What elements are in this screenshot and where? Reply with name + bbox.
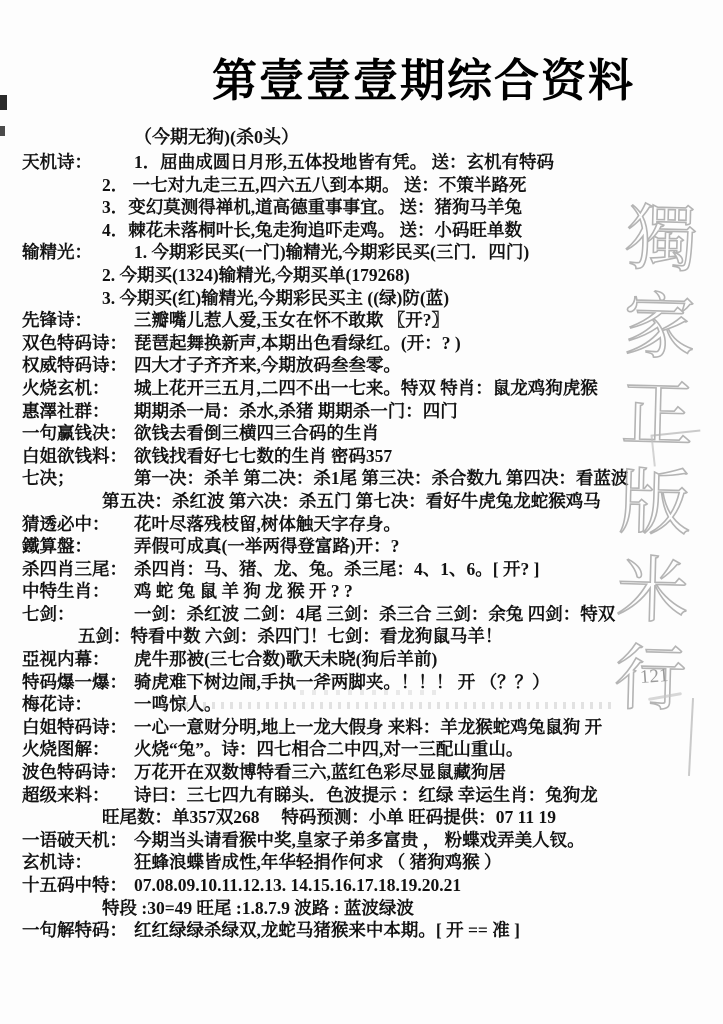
row-text: 红红绿绿杀绿双,龙蛇马猪猴来中本期。[ 开 == 准 ] <box>134 919 715 942</box>
doc-row: 3．变幻莫测得禅机,道高德重事事宜。 送：猪狗马羊兔 <box>22 196 715 219</box>
doc-row: 3. 今期买(红)输精光,今期彩民买主 ((绿)防(蓝) <box>22 287 715 310</box>
row-label: 惠澤社群： <box>22 400 134 423</box>
doc-row: 第五决：杀红波 第六决：杀五门 第七决：看好牛虎兔龙蛇猴鸡马 <box>22 490 715 513</box>
doc-row: 双色特码诗：琵琶起舞换新声,本期出色看绿红。(开：? ) <box>22 332 715 355</box>
scan-smudge <box>300 690 440 695</box>
row-text: 4．棘花未落桐叶长,兔走狗追吓走鸡。 送：小码旺单数 <box>102 219 715 242</box>
doc-row: 惠澤社群：期期杀一局：杀水,杀猪 期期杀一门：四门 <box>22 400 715 423</box>
doc-row: 先锋诗：三瓣嘴儿惹人爱,玉女在怀不敢欺 〖开?〗 <box>22 309 715 332</box>
row-label: 波色特码诗： <box>22 761 134 784</box>
row-label: 猜透必中： <box>22 513 134 536</box>
row-text: 火烧“兔”。诗：四七相合二中四,对一三配山重山。 <box>134 738 715 761</box>
row-text: 特段 :30=49 旺尾 :1.8.7.9 波路 : 蓝波绿波 <box>102 897 715 920</box>
row-label: 一句解特码： <box>22 919 134 942</box>
doc-row: 亞视内幕：虎牛那被(三七合数)歌天未晓(狗后羊前) <box>22 648 715 671</box>
row-text: 3. 今期买(红)输精光,今期彩民买主 ((绿)防(蓝) <box>102 287 715 310</box>
row-label: 玄机诗： <box>22 851 134 874</box>
row-text: 1. 今期彩民买(一门)输精光,今期彩民买(三门．四门) <box>134 241 715 264</box>
doc-row: 七剑：一剑：杀红波 二剑：4尾 三剑：杀三合 三剑：余兔 四剑：特双 <box>22 603 715 626</box>
doc-row: 十五码中特：07.08.09.10.11.12.13. 14.15.16.17.… <box>22 874 715 897</box>
row-text: 琵琶起舞换新声,本期出色看绿红。(开：? ) <box>134 332 715 355</box>
row-label: 七决； <box>22 467 134 490</box>
row-text: 一心一意财分明,地上一龙大假身 来料：羊龙猴蛇鸡兔鼠狗 开 <box>134 716 715 739</box>
doc-row: 2. 今期买(1324)输精光,今期买单(179268) <box>22 264 715 287</box>
doc-row: 七决；第一决：杀羊 第二决：杀1尾 第三决：杀合数九 第四决：看蓝波 <box>22 467 715 490</box>
row-label: 十五码中特： <box>22 874 134 897</box>
doc-row: 火烧图解：火烧“兔”。诗：四七相合二中四,对一三配山重山。 <box>22 738 715 761</box>
row-label: 先锋诗： <box>22 309 134 332</box>
row-text: 花叶尽落残枝留,树体触天字存身。 <box>134 513 715 536</box>
row-text: 鸡 蛇 兔 鼠 羊 狗 龙 猴 开 ? ? <box>134 580 715 603</box>
doc-row: 超级来料：诗曰：三七四九有睇头．色波提示 ：红绿 幸运生肖：兔狗龙 <box>22 784 715 807</box>
scan-artifact <box>0 126 5 136</box>
row-label: 梅花诗： <box>22 693 134 716</box>
doc-row: 波色特码诗：万花开在双数博特看三六,蓝红色彩尽显鼠藏狗居 <box>22 761 715 784</box>
row-label: 超级来料： <box>22 784 134 807</box>
row-label: 特码爆一爆： <box>22 671 134 694</box>
row-label: 中特生肖： <box>22 580 134 603</box>
doc-row: 4．棘花未落桐叶长,兔走狗追吓走鸡。 送：小码旺单数 <box>22 219 715 242</box>
row-text: 五剑：特看中数 六剑：杀四门！七剑：看龙狗鼠马羊！ <box>78 625 715 648</box>
row-text: 期期杀一局：杀水,杀猪 期期杀一门：四门 <box>134 400 715 423</box>
doc-row: 杀四肖三尾：杀四肖：马、猪、龙、兔。杀三尾：4、1、6。[ 开? ] <box>22 558 715 581</box>
document-page: 第壹壹壹期综合资料 （今期无狗)(杀0头） 天机诗：1．屈曲成圆日月形,五体投地… <box>0 0 723 1024</box>
doc-row: 旺尾数：单357双268 特码预测：小单 旺码提供：07 11 19 <box>22 806 715 829</box>
row-label: 火烧玄机： <box>22 377 134 400</box>
doc-row: 鐵算盤：弄假可成真(一举两得登富路)开：? <box>22 535 715 558</box>
doc-row: 一句解特码：红红绿绿杀绿双,龙蛇马猪猴来中本期。[ 开 == 准 ] <box>22 919 715 942</box>
doc-row: 白姐欲钱料：欲钱找看好七七数的生肖 密码357 <box>22 445 715 468</box>
scan-artifact <box>0 95 7 110</box>
pen-mark <box>650 429 703 466</box>
row-label: 一语破天机： <box>22 829 134 852</box>
doc-row: 火烧玄机：城上花开三五月,二四不出一七来。特双 特肖：鼠龙鸡狗虎猴 <box>22 377 715 400</box>
row-text: 1．屈曲成圆日月形,五体投地皆有凭。 送：玄机有特码 <box>134 151 715 174</box>
row-text: 欲钱去看倒三横四三合码的生肖 <box>134 422 715 445</box>
doc-row: 输精光：1. 今期彩民买(一门)输精光,今期彩民买(三门．四门) <box>22 241 715 264</box>
row-text: 狂蜂浪蝶皆成性,年华轻捐作何求 （ 猪狗鸡猴 ） <box>134 851 715 874</box>
row-label: 七剑： <box>22 603 134 626</box>
row-label: 白姐欲钱料： <box>22 445 134 468</box>
row-text: 2． 一七对九走三五,四六五八到本期。 送：不策半路死 <box>102 174 715 197</box>
row-text: 四大才子齐齐来,今期放码叁叁零。 <box>134 354 715 377</box>
scan-smudge <box>185 702 617 709</box>
page-subtitle: （今期无狗)(杀0头） <box>134 123 715 149</box>
row-label: 火烧图解： <box>22 738 134 761</box>
doc-row: 一语破天机：今期当头请看猴中奖,皇家子弟多富贵 ， 粉蝶戏弄美人钗。 <box>22 829 715 852</box>
row-text: 虎牛那被(三七合数)歌天未晓(狗后羊前) <box>134 648 715 671</box>
row-text: 欲钱找看好七七数的生肖 密码357 <box>134 445 715 468</box>
doc-rows: 天机诗：1．屈曲成圆日月形,五体投地皆有凭。 送：玄机有特码2． 一七对九走三五… <box>22 151 715 942</box>
doc-row: 一句赢钱决：欲钱去看倒三横四三合码的生肖 <box>22 422 715 445</box>
row-text: 第一决：杀羊 第二决：杀1尾 第三决：杀合数九 第四决：看蓝波 <box>134 467 715 490</box>
row-label: 白姐特码诗： <box>22 716 134 739</box>
row-text: 万花开在双数博特看三六,蓝红色彩尽显鼠藏狗居 <box>134 761 715 784</box>
row-text: 三瓣嘴儿惹人爱,玉女在怀不敢欺 〖开?〗 <box>134 309 715 332</box>
row-label: 天机诗： <box>22 151 134 174</box>
doc-row: 白姐特码诗：一心一意财分明,地上一龙大假身 来料：羊龙猴蛇鸡兔鼠狗 开 <box>22 716 715 739</box>
doc-row: 玄机诗：狂蜂浪蝶皆成性,年华轻捐作何求 （ 猪狗鸡猴 ） <box>22 851 715 874</box>
row-label: 杀四肖三尾： <box>22 558 134 581</box>
row-text: 城上花开三五月,二四不出一七来。特双 特肖：鼠龙鸡狗虎猴 <box>134 377 715 400</box>
doc-row: 猜透必中：花叶尽落残枝留,树体触天字存身。 <box>22 513 715 536</box>
doc-row: 权威特码诗：四大才子齐齐来,今期放码叁叁零。 <box>22 354 715 377</box>
row-text: 旺尾数：单357双268 特码预测：小单 旺码提供：07 11 19 <box>102 806 715 829</box>
row-label: 亞视内幕： <box>22 648 134 671</box>
row-text: 一剑：杀红波 二剑：4尾 三剑：杀三合 三剑：余兔 四剑：特双 <box>134 603 715 626</box>
row-text: 3．变幻莫测得禅机,道高德重事事宜。 送：猪狗马羊兔 <box>102 196 715 219</box>
row-text: 弄假可成真(一举两得登富路)开：? <box>134 535 715 558</box>
row-text: 07.08.09.10.11.12.13. 14.15.16.17.18.19.… <box>134 874 715 897</box>
doc-row: 特段 :30=49 旺尾 :1.8.7.9 波路 : 蓝波绿波 <box>22 897 715 920</box>
row-label: 双色特码诗： <box>22 332 134 355</box>
row-label: 权威特码诗： <box>22 354 134 377</box>
row-text: 诗曰：三七四九有睇头．色波提示 ：红绿 幸运生肖：兔狗龙 <box>134 784 715 807</box>
doc-row: 五剑：特看中数 六剑：杀四门！七剑：看龙狗鼠马羊！ <box>22 625 715 648</box>
row-text: 第五决：杀红波 第六决：杀五门 第七决：看好牛虎兔龙蛇猴鸡马 <box>102 490 715 513</box>
doc-row: 天机诗：1．屈曲成圆日月形,五体投地皆有凭。 送：玄机有特码 <box>22 151 715 174</box>
doc-row: 中特生肖：鸡 蛇 兔 鼠 羊 狗 龙 猴 开 ? ? <box>22 580 715 603</box>
page-title: 第壹壹壹期综合资料 <box>22 44 715 109</box>
row-label: 鐵算盤： <box>22 535 134 558</box>
row-label: 输精光： <box>22 241 134 264</box>
row-text: 杀四肖：马、猪、龙、兔。杀三尾：4、1、6。[ 开? ] <box>134 558 715 581</box>
row-text: 2. 今期买(1324)输精光,今期买单(179268) <box>102 264 715 287</box>
row-label: 一句赢钱决： <box>22 422 134 445</box>
row-text: 今期当头请看猴中奖,皇家子弟多富贵 ， 粉蝶戏弄美人钗。 <box>134 829 715 852</box>
doc-row: 2． 一七对九走三五,四六五八到本期。 送：不策半路死 <box>22 174 715 197</box>
handwritten-note: 121 <box>639 665 669 689</box>
